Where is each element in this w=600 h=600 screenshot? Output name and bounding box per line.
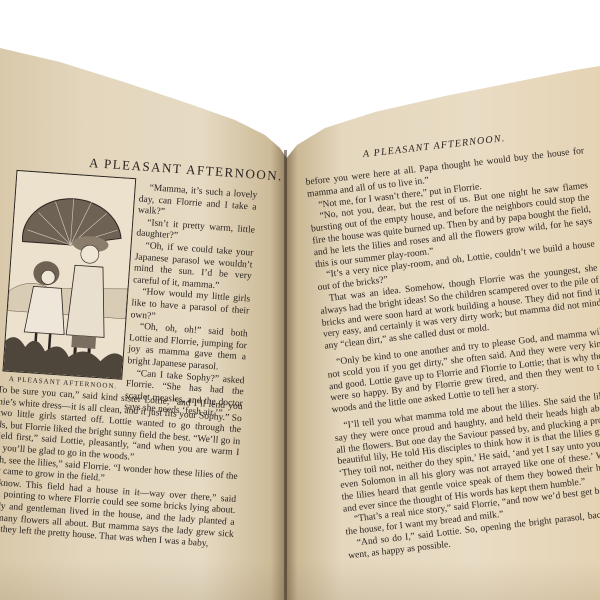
- engraving-image: [4, 171, 136, 379]
- page-shadow: [0, 560, 600, 600]
- paragraph: “Oh, oh, oh!” said both Lottie and Florr…: [127, 321, 248, 375]
- left-column-text: “Mamma, it’s such a lovely day, can Flor…: [124, 183, 258, 423]
- left-page-content: A PLEASANT AFTERNOON.: [0, 148, 288, 169]
- left-full-width-text: “To be sure you can,” said kind sister L…: [0, 384, 243, 552]
- paragraph: “Oh, if we could take your Japanese para…: [133, 240, 254, 294]
- right-running-title: A PLEASANT AFTERNOON.: [362, 133, 506, 160]
- right-page: A PLEASANT AFTERNOON. before you were he…: [285, 0, 600, 600]
- open-book: A PLEASANT AFTERNOON.: [0, 0, 600, 600]
- right-page-text: before you were here at all. Papa though…: [305, 146, 600, 563]
- parasol-illustration: [2, 170, 136, 380]
- right-page-content: A PLEASANT AFTERNOON. before you were he…: [303, 125, 591, 158]
- book-gutter: [284, 150, 287, 600]
- left-page: A PLEASANT AFTERNOON.: [0, 0, 288, 600]
